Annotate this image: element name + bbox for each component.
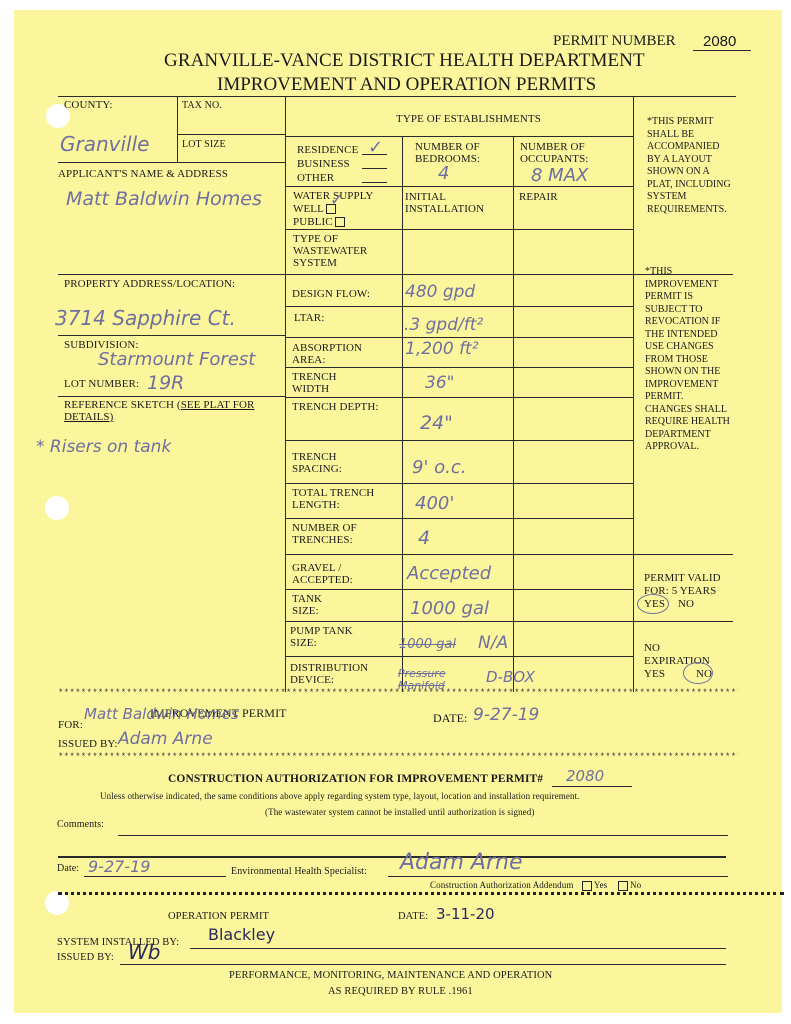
tax-no-label: TAX NO. [182, 100, 222, 112]
county-label: COUNTY: [64, 99, 113, 111]
grid-h-ltar [285, 306, 633, 307]
construction-permit-underline [552, 786, 632, 787]
residence-check-icon[interactable]: ✓ [368, 137, 383, 158]
lot-number-label: LOT NUMBER: [64, 378, 139, 390]
establishment-type-labels: RESIDENCE BUSINESS OTHER [297, 143, 358, 185]
distribution-device-label: DISTRIBUTION DEVICE: [290, 662, 380, 686]
layout-note: *THIS PERMIT SHALL BE ACCOMPANIED BY A L… [647, 116, 731, 216]
property-label: PROPERTY ADDRESS/LOCATION: [64, 278, 235, 290]
grid-h-gravel [285, 554, 733, 555]
exp-yes-option[interactable]: YES [644, 668, 665, 680]
stars-divider-1: ****************************************… [58, 688, 738, 698]
gravel-value[interactable]: Accepted [407, 563, 491, 584]
grid-top [58, 96, 736, 97]
construction-date-line [84, 876, 226, 877]
grid-h-distribution [285, 656, 633, 657]
property-value[interactable]: 3714 Sapphire Ct. [55, 306, 236, 330]
grid-h-spacing [285, 440, 633, 441]
installed-by-value[interactable]: Blackley [208, 925, 275, 944]
trench-width-label: TRENCH WIDTH [292, 371, 362, 395]
construction-date-value[interactable]: 9-27-19 [88, 857, 150, 876]
operation-date-value[interactable]: 3-11-20 [436, 905, 495, 923]
ltar-label: LTAR: [294, 312, 324, 324]
business-blank [362, 168, 387, 169]
permit-number-value: 2080 [703, 33, 736, 50]
tank-size-label: TANK SIZE: [292, 593, 342, 617]
comments-line[interactable] [118, 835, 728, 836]
total-trench-length-value[interactable]: 400' [415, 493, 454, 514]
trench-spacing-value[interactable]: 9' o.c. [412, 457, 466, 478]
grid-v-right [513, 136, 514, 692]
sketch-label: REFERENCE SKETCH (SEE PLAT FOR DETAILS) [64, 399, 279, 423]
grid-h-trench-width [285, 367, 633, 368]
addendum-row: Construction Authorization Addendum Yes … [430, 879, 641, 891]
trench-depth-value[interactable]: 24" [420, 412, 453, 434]
valid-yes-circle [637, 594, 669, 614]
distribution-value[interactable]: D-BOX [486, 668, 535, 686]
addendum-no-checkbox[interactable] [618, 881, 628, 891]
punch-hole-middle [45, 496, 69, 520]
footer-line-2: AS REQUIRED BY RULE .1961 [328, 986, 473, 998]
repair-label: REPAIR [519, 191, 558, 203]
absorption-area-value[interactable]: 1,200 ft² [405, 339, 479, 359]
grid-v-values [402, 136, 403, 692]
number-of-trenches-value[interactable]: 4 [418, 527, 430, 549]
initial-installation-label: INITIAL INSTALLATION [405, 191, 500, 215]
improvement-date-value[interactable]: 9-27-19 [473, 705, 539, 725]
county-value[interactable]: Granville [60, 132, 149, 156]
wastewater-label: TYPE OF WASTEWATER SYSTEM [293, 233, 383, 269]
exp-no-circle [683, 662, 713, 684]
construction-warning: (The wastewater system cannot be install… [265, 806, 534, 818]
design-flow-label: DESIGN FLOW: [292, 288, 370, 300]
operation-date-label: DATE: [398, 911, 428, 923]
tank-size-value[interactable]: 1000 gal [410, 598, 489, 619]
grid-h-subdivision [58, 335, 285, 336]
bedrooms-label: NUMBER OF BEDROOMS: [415, 141, 510, 165]
trench-depth-label: TRENCH DEPTH: [292, 401, 379, 413]
operation-issued-label: ISSUED BY: [57, 952, 114, 964]
pump-tank-label: PUMP TANK SIZE: [290, 625, 370, 649]
applicant-value[interactable]: Matt Baldwin Homes [66, 188, 262, 210]
grid-h-number [285, 518, 633, 519]
total-trench-length-label: TOTAL TRENCH LENGTH: [292, 487, 392, 511]
specialist-signature[interactable]: Adam Arne [400, 850, 523, 875]
sketch-note[interactable]: * Risers on tank [36, 437, 171, 457]
grid-h-tax [177, 134, 285, 135]
applicant-label: APPLICANT'S NAME & ADDRESS [58, 168, 228, 180]
revocation-note: *THIS IMPROVEMENT PERMIT IS SUBJECT TO R… [645, 266, 733, 454]
design-flow-value[interactable]: 480 gpd [405, 282, 475, 302]
other-blank [362, 182, 387, 183]
comments-line-2 [58, 856, 726, 858]
pump-tank-struck-value: 1000 gal [399, 637, 456, 652]
grid-h-pump [285, 621, 733, 622]
grid-h-wastewater [285, 229, 633, 230]
page-subtitle: IMPROVEMENT AND OPERATION PERMITS [217, 74, 596, 96]
see-plat-link[interactable]: SEE PLAT FOR [181, 399, 255, 411]
public-checkbox[interactable] [335, 217, 345, 227]
addendum-no-label: No [630, 880, 641, 890]
dotted-divider [58, 892, 784, 895]
lot-size-label: LOT SIZE [182, 139, 226, 151]
bedrooms-value[interactable]: 4 [438, 163, 449, 184]
grid-h-total [285, 483, 633, 484]
footer-line-1: PERFORMANCE, MONITORING, MAINTENANCE AND… [229, 970, 552, 982]
valid-no-option[interactable]: NO [678, 598, 694, 610]
number-of-trenches-label: NUMBER OF TRENCHES: [292, 522, 372, 546]
grid-v-notes [633, 96, 634, 692]
construction-permit-value[interactable]: 2080 [566, 767, 604, 785]
improvement-issued-label: ISSUED BY: [58, 738, 118, 750]
construction-title: CONSTRUCTION AUTHORIZATION FOR IMPROVEME… [168, 773, 543, 785]
grid-h-water [285, 186, 633, 187]
establishment-title: TYPE OF ESTABLISHMENTS [396, 113, 541, 125]
comments-label: Comments: [57, 819, 104, 831]
stars-divider-2: ****************************************… [58, 752, 738, 762]
specialist-line [388, 876, 728, 877]
gravel-label: GRAVEL / ACCEPTED: [292, 562, 372, 586]
lot-number-value[interactable]: 19R [147, 372, 184, 394]
subdivision-value[interactable]: Starmount Forest [98, 349, 255, 370]
grid-v-tax [177, 96, 178, 162]
ltar-value[interactable]: .3 gpd/ft² [404, 315, 483, 335]
permit-number-underline [693, 50, 751, 51]
for-label: FOR: [58, 719, 83, 731]
addendum-label: Construction Authorization Addendum [430, 880, 574, 890]
permit-number-label: PERMIT NUMBER [553, 33, 676, 50]
grid-h-absorption [285, 337, 633, 338]
construction-conditions: Unless otherwise indicated, the same con… [100, 790, 580, 802]
installed-by-label: SYSTEM INSTALLED BY: [57, 937, 179, 949]
addendum-yes-label: Yes [594, 880, 607, 890]
occupants-label: NUMBER OF OCCUPANTS: [520, 141, 615, 165]
grid-h-sketch [58, 396, 285, 397]
improvement-issued-signature[interactable]: Adam Arne [118, 729, 213, 749]
for-value[interactable]: Matt Baldwin Homes [84, 705, 239, 723]
grid-h-property [58, 274, 733, 275]
operation-issued-line [120, 964, 726, 965]
trench-width-value[interactable]: 36" [425, 373, 454, 393]
grid-h-tank [285, 589, 633, 590]
page-title: GRANVILLE-VANCE DISTRICT HEALTH DEPARTME… [164, 50, 645, 72]
construction-date-label: Date: [57, 863, 79, 875]
operation-title: OPERATION PERMIT [168, 911, 269, 923]
grid-h-county [58, 162, 285, 163]
grid-h-estab [285, 136, 633, 137]
addendum-yes-checkbox[interactable] [582, 881, 592, 891]
grid-h-depth [285, 397, 633, 398]
trench-spacing-label: TRENCH SPACING: [292, 451, 372, 475]
specialist-label: Environmental Health Specialist: [231, 866, 367, 878]
well-check-icon[interactable]: ✓ [330, 190, 343, 209]
pump-tank-value[interactable]: N/A [478, 633, 508, 653]
occupants-value[interactable]: 8 MAX [531, 165, 588, 186]
installed-by-line [190, 948, 726, 949]
absorption-area-label: ABSORPTION AREA: [292, 342, 382, 366]
improvement-date-label: DATE: [433, 712, 468, 724]
operation-issued-signature[interactable]: Wb [128, 940, 160, 964]
